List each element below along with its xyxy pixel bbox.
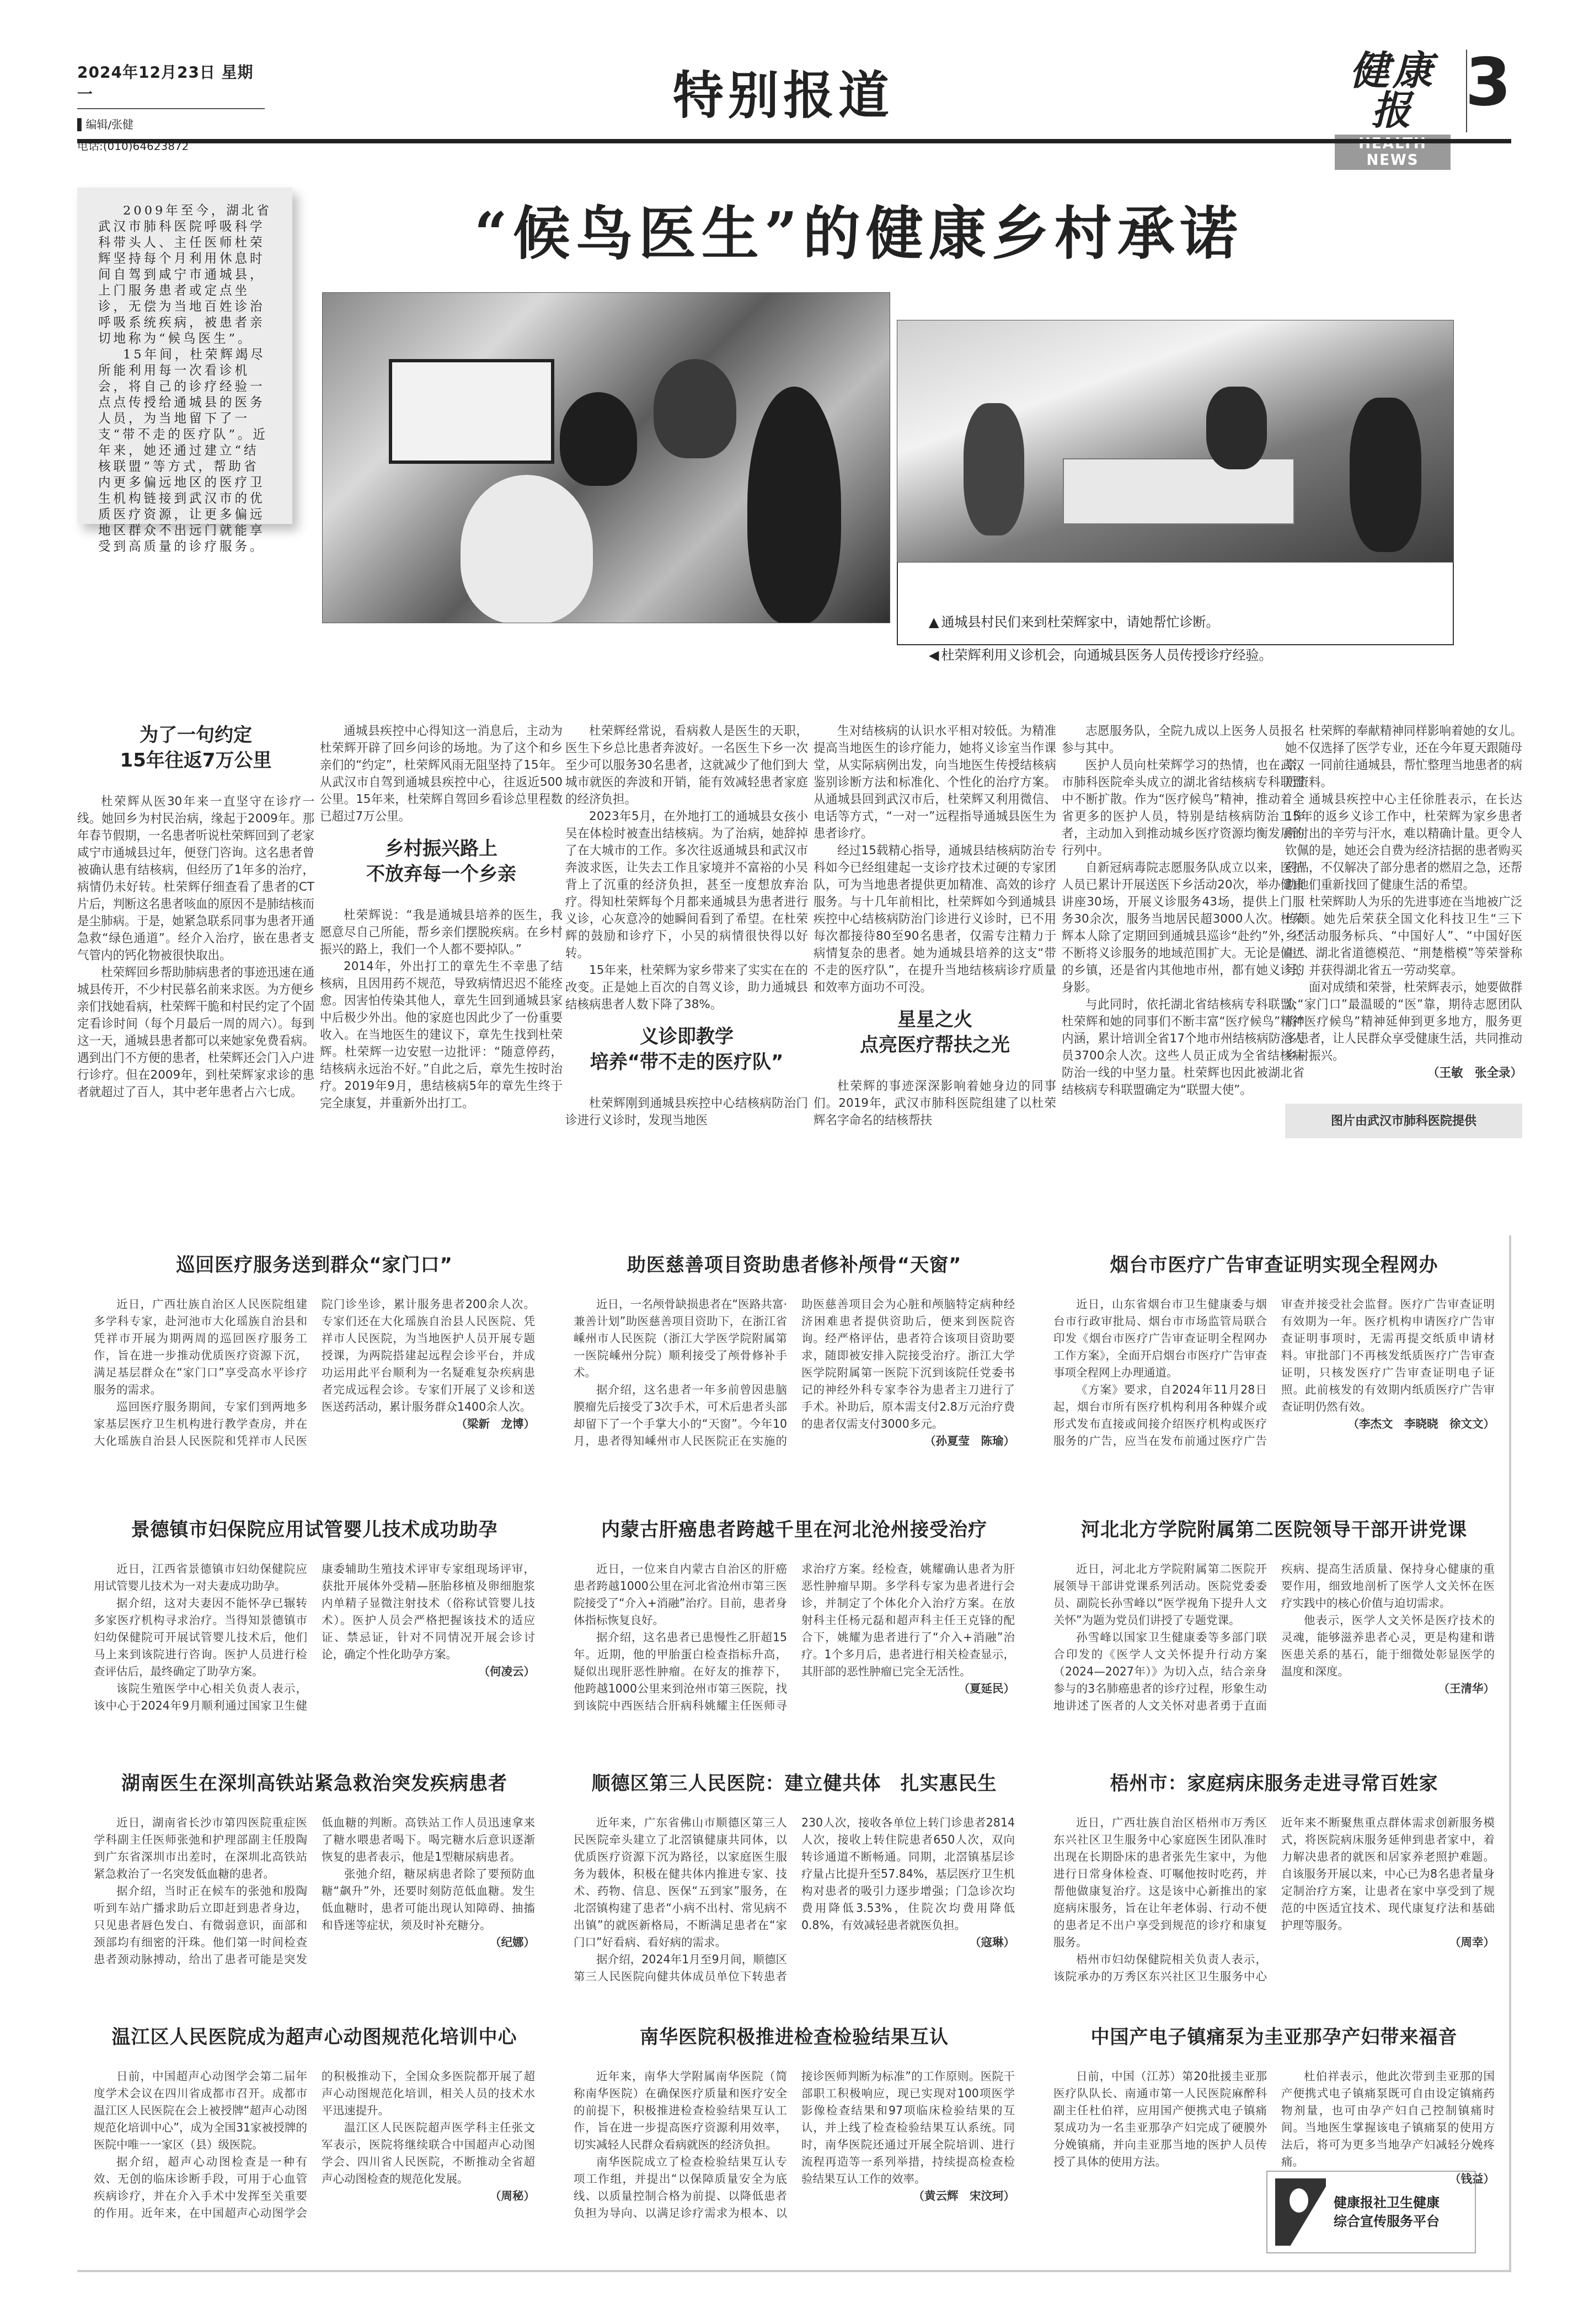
masthead: 2024年12月23日 星期一 ▌编辑/张健 电话:(010)64623872 … <box>77 44 1511 132</box>
table-graphic <box>1063 458 1294 524</box>
author-byline: （梁新 龙博） <box>322 1416 535 1433</box>
body-paragraph: 近日，一位来自内蒙古自治区的肝癌患者跨越1000公里在河北省沧州市第三医院接受了… <box>574 1561 787 1629</box>
photo-credit: 图片由武汉市肺科医院提供 <box>1285 1104 1522 1138</box>
person-silhouette <box>1350 398 1421 552</box>
brand-name-cn: 健康报 <box>1335 51 1451 130</box>
body-paragraph: 杜荣辉的奉献精神同样影响着她的女儿。她不仅选择了医学专业，还在今年夏天跟随母亲，… <box>1285 722 1522 791</box>
body-paragraph: 15年来，杜荣辉为家乡带来了实实在在的改变。正是她上百次的自驾义诊，助力通城县结… <box>565 962 808 1013</box>
body-paragraph: 近日，山东省烟台市卫生健康委与烟台市行政审批局、烟台市市场监管局联合印发《烟台市… <box>1053 1296 1267 1381</box>
author-byline: （孙夏莹 陈瑜） <box>801 1433 1015 1450</box>
body-paragraph: 与此同时，依托湖北省结核病专科联盟，杜荣辉和她的同事们不断丰富“医疗候鸟”精神内… <box>1062 996 1304 1099</box>
subheading: 义诊即教学 培养“带不走的医疗队” <box>565 1024 808 1075</box>
body-paragraph: 通城县疾控中心主任徐胜表示，在长达15年的返乡义诊工作中，杜荣辉为家乡患者所付出… <box>1285 791 1522 893</box>
author-byline: （王敏 张全录） <box>1285 1064 1522 1081</box>
body-paragraph: 2023年5月，在外地打工的通城县女孩小吴在体检时被查出结核病。为了治病，她辞掉… <box>565 808 808 962</box>
brief-headline: 南华医院积极推进检查检验结果互认 <box>557 2022 1031 2049</box>
photo-caption: ◀杜荣辉利用义诊机会，向通城县医务人员传授诊疗经验。 <box>929 644 1272 663</box>
photo-teaching-session <box>322 292 890 623</box>
brief-headline: 巡回医疗服务送到群众“家门口” <box>77 1250 552 1277</box>
body-paragraph: 近日，江西省景德镇市妇幼保健院应用试管婴儿技术为一对夫妻成功助孕。 <box>94 1561 307 1595</box>
brief-article: 中国产电子镇痛泵为圭亚那孕产妇带来福音 日前，中国（江苏）第20批援圭亚那医疗队… <box>1037 2007 1511 2173</box>
brief-article: 景德镇市妇保院应用试管婴儿技术成功助孕 近日，江西省景德镇市妇幼保健院应用试管婴… <box>77 1500 552 1759</box>
xray-viewer-graphic <box>389 359 554 464</box>
logo-text: 健康报社卫生健康 综合宣传服务平台 <box>1334 2193 1440 2231</box>
lead-summary-box: 2009年至今，湖北省武汉市肺科医院呼吸科学科带头人、主任医师杜荣辉坚持每个月利… <box>77 188 292 524</box>
section-title: 特别报道 <box>673 55 893 128</box>
body-paragraph: 他表示，医学人文关怀是医疗技术的灵魂，能够滋养患者心灵，更是构建和谐医患关系的基… <box>1281 1612 1495 1680</box>
body-paragraph: 面对成绩和荣誉，杜荣辉表示，她要做群众“家门口”最温暖的“医”靠，期待志愿团队将… <box>1285 979 1522 1064</box>
subheading: 为了一句约定 15年往返7万公里 <box>77 722 314 773</box>
author-byline: （寇琳） <box>801 1934 1015 1951</box>
author-byline: （李杰文 李晓晓 徐文文） <box>1281 1416 1495 1433</box>
feature-column-2: 通城县疾控中心得知这一消息后，主动为杜荣辉开辟了回乡问诊的场地。为了这个和乡亲们… <box>320 722 563 1112</box>
feature-column-4: 生对结核病的认识水平相对较低。为精准提高当地医生的诊疗能力，她将义诊室当作课堂，… <box>814 722 1056 1129</box>
brief-article: 南华医院积极推进检查检验结果互认 近年来，南华大学附属南华医院（简称南华医院）在… <box>557 2007 1031 2267</box>
triangle-left-icon: ◀ <box>929 647 939 663</box>
body-paragraph: 通城县疾控中心得知这一消息后，主动为杜荣辉开辟了回乡问诊的场地。为了这个和乡亲们… <box>320 722 563 825</box>
brief-article: 巡回医疗服务送到群众“家门口” 近日，广西壮族自治区人民医院组建多学科专家，赴河… <box>77 1235 552 1495</box>
person-silhouette <box>654 359 736 458</box>
brief-article: 河北北方学院附属第二医院领导干部开讲党课 近日，河北北方学院附属第二医院开展领导… <box>1037 1500 1511 1759</box>
body-paragraph: 温江区人民医院超声医学科主任张文军表示，医院将继续联合中国超声心动图学会、四川省… <box>322 2119 535 2188</box>
feature-column-1: 为了一句约定 15年往返7万公里 杜荣辉从医30年来一直坚守在诊疗一线。她回乡为… <box>77 711 314 1101</box>
person-silhouette <box>964 403 1024 536</box>
masthead-rule <box>77 139 1511 143</box>
feature-column-3: 杜荣辉经常说，看病救人是医生的天职，医生下乡总比患者奔波好。一名医生下乡一次至少… <box>565 722 808 1129</box>
photo-caption: ▲通城县村民们来到杜荣辉家中，请她帮忙诊断。 <box>929 611 1219 630</box>
body-paragraph: 杜荣辉回乡帮助肺病患者的事迹迅速在通城县传开，不少村民慕名前来求医。为方便乡亲们… <box>77 964 314 1101</box>
body-paragraph: 杜荣辉经常说，看病救人是医生的天职，医生下乡总比患者奔波好。一名医生下乡一次至少… <box>565 722 808 808</box>
body-paragraph: 2014年，外出打工的章先生不幸患了结核病，且因用药不规范，导致病情迟迟不能痊愈… <box>320 958 563 1112</box>
body-paragraph: 杜荣辉从医30年来一直坚守在诊疗一线。她回乡为村民治病，缘起于2009年。那年春… <box>77 793 314 964</box>
brief-headline: 内蒙古肝癌患者跨越千里在河北沧州接受治疗 <box>557 1514 1031 1541</box>
photo-villagers-at-home <box>897 320 1454 563</box>
brief-article: 湖南医生在深圳高铁站紧急救治突发疾病患者 近日，湖南省长沙市第四医院重症医学科副… <box>77 1754 552 2013</box>
body-paragraph: 近年来，广东省佛山市顺德区第三人民医院牵头建立了北滘镇健康共同体，以优质医疗资源… <box>574 1814 787 1951</box>
brief-headline: 烟台市医疗广告审查证明实现全程网办 <box>1037 1250 1511 1277</box>
body-paragraph: 日前，中国超声心动图学会第二届年度学术会议在四川省成都市召开。成都市温江区人民医… <box>94 2068 307 2154</box>
brief-article: 助医慈善项目资助患者修补颅骨“天窗” 近日，一名颅骨缺损患者在“医路共富·兼善计… <box>557 1235 1031 1495</box>
body-paragraph: 医护人员向杜荣辉学习的热情，也在武汉市肺科医院牵头成立的湖北省结核病专科联盟中不… <box>1062 757 1304 859</box>
body-paragraph: 杜伯祥表示，他此次带到圭亚那的国产便携式电子镇痛泵既可自由设定镇痛药物剂量，也可… <box>1281 2068 1495 2171</box>
brief-article: 顺德区第三人民医院：建立健共体 扎实惠民生 近年来，广东省佛山市顺德区第三人民医… <box>557 1754 1031 2013</box>
brief-headline: 顺德区第三人民医院：建立健共体 扎实惠民生 <box>557 1768 1031 1795</box>
brief-article: 烟台市医疗广告审查证明实现全程网办 近日，山东省烟台市卫生健康委与烟台市行政审批… <box>1037 1235 1511 1495</box>
author-byline: （纪娜） <box>322 1934 535 1951</box>
body-paragraph: 经过15载精心指导，通城县结核病防治专科如今已经组建起一支诊疗技术过硬的专家团队… <box>814 842 1056 996</box>
body-paragraph: 近日，广西壮族自治区梧州市万秀区东兴社区卫生服务中心家庭医生团队准时出现在长期卧… <box>1053 1814 1267 1951</box>
body-paragraph: 张弛介绍，糖尿病患者除了要预防血糖“飙升”外，还要时刻防范低血糖。发生低血糖时，… <box>322 1866 535 1934</box>
body-paragraph: 杜荣辉助人为乐的先进事迹在当地被广泛传颂。她先后荣获全国文化科技卫生“三下乡”活… <box>1285 893 1522 979</box>
brief-article: 温江区人民医院成为超声心动图规范化培训中心 日前，中国超声心动图学会第二届年度学… <box>77 2007 552 2267</box>
author-byline: （王清华） <box>1281 1680 1495 1698</box>
author-byline: （周秘） <box>322 2188 535 2205</box>
feature-column-5: 志愿服务队，全院九成以上医务人员报名参与其中。 医护人员向杜荣辉学习的热情，也在… <box>1062 722 1304 1099</box>
author-byline: （何凌云） <box>322 1663 535 1680</box>
feature-headline: “候鸟医生”的健康乡村承诺 <box>474 188 1243 270</box>
author-byline: （周幸） <box>1281 1934 1495 1951</box>
lead-paragraph: 15年间，杜荣辉竭尽所能利用每一次看诊机会，将自己的诊疗经验一点点传授给通城县的… <box>98 347 274 555</box>
person-silhouette <box>1206 387 1267 469</box>
author-byline: （黄云辉 宋汶珂） <box>801 2188 1015 2205</box>
person-silhouette <box>461 475 593 623</box>
body-paragraph: 日前，中国（江苏）第20批援圭亚那医疗队队长、南通市第一人民医院麻醉科副主任杜伯… <box>1053 2068 1267 2171</box>
body-paragraph: 志愿服务队，全院九成以上医务人员报名参与其中。 <box>1062 722 1304 757</box>
newspaper-logo: 健康报 HEALTH NEWS <box>1335 51 1451 170</box>
brief-headline: 河北北方学院附属第二医院领导干部开讲党课 <box>1037 1514 1511 1541</box>
runner-logo-icon <box>1275 2178 1326 2246</box>
brief-headline: 助医慈善项目资助患者修补颅骨“天窗” <box>557 1250 1031 1277</box>
body-paragraph: 生对结核病的认识水平相对较低。为精准提高当地医生的诊疗能力，她将义诊室当作课堂，… <box>814 722 1056 842</box>
publisher-platform-logo: 健康报社卫生健康 综合宣传服务平台 <box>1266 2171 1476 2253</box>
body-paragraph: 杜荣辉刚到通城县疾控中心结核病防治门诊进行义诊时，发现当地医 <box>565 1095 808 1129</box>
brief-headline: 中国产电子镇痛泵为圭亚那孕产妇带来福音 <box>1037 2022 1511 2049</box>
editor-credit: ▌编辑/张健 <box>77 116 265 132</box>
body-paragraph: 近日，一名颅骨缺损患者在“医路共富·兼善计划”助医慈善项目资助下，在浙江省嵊州市… <box>574 1296 787 1381</box>
brief-article: 梧州市：家庭病床服务走进寻常百姓家 近日，广西壮族自治区梧州市万秀区东兴社区卫生… <box>1037 1754 1511 2013</box>
page-number: 3 <box>1465 50 1512 116</box>
author-byline: （夏延民） <box>801 1680 1015 1698</box>
brief-article: 内蒙古肝癌患者跨越千里在河北沧州接受治疗 近日，一位来自内蒙古自治区的肝癌患者跨… <box>557 1500 1031 1759</box>
brief-headline: 梧州市：家庭病床服务走进寻常百姓家 <box>1037 1768 1511 1795</box>
triangle-up-icon: ▲ <box>929 614 939 630</box>
body-paragraph: 自新冠病毒院志愿服务队成立以来，医护人员已累计开展送医下乡活动20次，举办健康讲… <box>1062 859 1304 996</box>
news-briefs-section: 巡回医疗服务送到群众“家门口” 近日，广西壮族自治区人民医院组建多学科专家，赴河… <box>77 1235 1511 2272</box>
person-silhouette <box>747 387 841 623</box>
body-paragraph: 近日，广西壮族自治区人民医院组建多学科专家，赴河池市大化瑶族自治县和凭祥市开展为… <box>94 1296 307 1399</box>
body-paragraph: 近日，湖南省长沙市第四医院重症医学科副主任医师张弛和护理部副主任殷陶到广东省深圳… <box>94 1814 307 1883</box>
subheading: 星星之火 点亮医疗帮扶之光 <box>814 1007 1056 1058</box>
brief-headline: 湖南医生在深圳高铁站紧急救治突发疾病患者 <box>77 1768 552 1795</box>
brief-headline: 景德镇市妇保院应用试管婴儿技术成功助孕 <box>77 1514 552 1541</box>
lead-paragraph: 2009年至今，湖北省武汉市肺科医院呼吸科学科带头人、主任医师杜荣辉坚持每个月利… <box>98 203 274 347</box>
body-paragraph: 杜荣辉说：“我是通城县培养的医生，我愿意尽自己所能，帮乡亲们摆脱疾病。在乡村振兴… <box>320 907 563 958</box>
subheading: 乡村振兴路上 不放弃每一个乡亲 <box>320 836 563 887</box>
person-silhouette <box>560 392 637 486</box>
caption-frame <box>897 563 1454 645</box>
body-paragraph: 近日，河北北方学院附属第二医院开展领导干部讲党课系列活动。医院党委委员、副院长孙… <box>1053 1561 1267 1629</box>
brief-headline: 温江区人民医院成为超声心动图规范化培训中心 <box>77 2022 552 2049</box>
body-paragraph: 据介绍，这对夫妻因不能怀孕已辗转多家医疗机构寻求治疗。当得知景德镇市妇幼保健院可… <box>94 1595 307 1680</box>
body-paragraph: 近年来，南华大学附属南华医院（简称南华医院）在确保医疗质量和医疗安全的前提下，积… <box>574 2068 787 2154</box>
issue-date: 2024年12月23日 星期一 <box>77 61 265 109</box>
feature-column-6: 杜荣辉的奉献精神同样影响着她的女儿。她不仅选择了医学专业，还在今年夏天跟随母亲，… <box>1285 722 1522 1138</box>
body-paragraph: 杜荣辉的事迹深深影响着她身边的同事们。2019年，武汉市肺科医院组建了以杜荣辉名… <box>814 1078 1056 1129</box>
